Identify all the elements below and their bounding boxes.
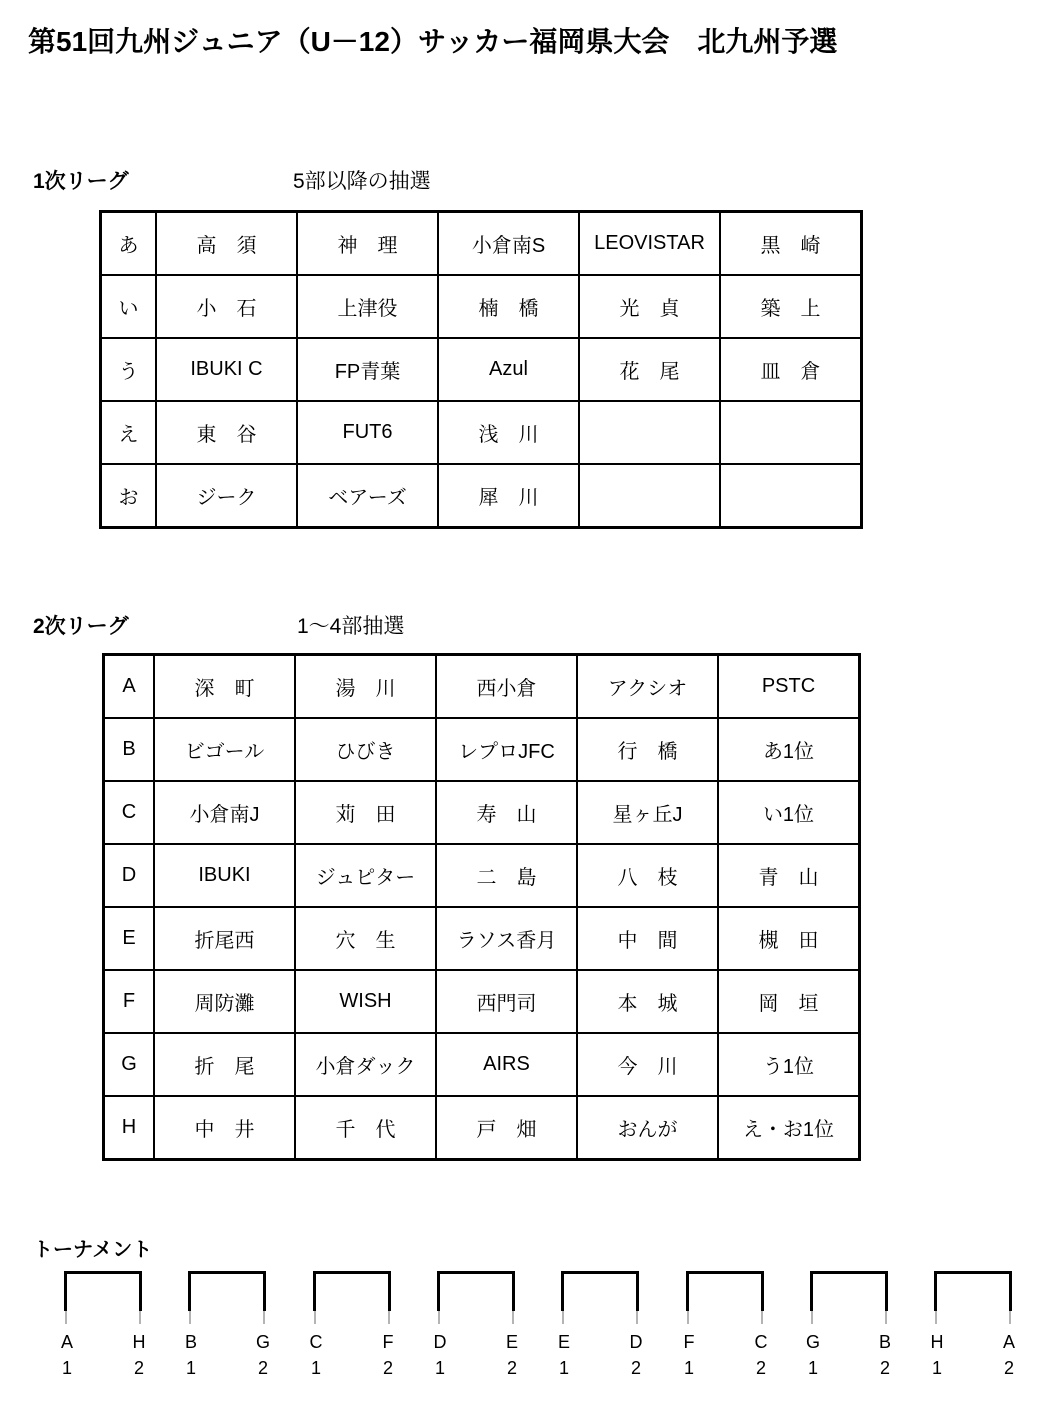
- bracket-right-tail: [263, 1311, 265, 1324]
- bracket-pair: A1H2: [64, 1271, 142, 1311]
- bracket-right-tail: [139, 1311, 141, 1324]
- bracket-left-tail: [562, 1311, 564, 1324]
- bracket-left-group: H: [924, 1332, 950, 1352]
- bracket-left-rank: 1: [427, 1358, 453, 1378]
- bracket-left-tail: [438, 1311, 440, 1324]
- bracket-left-tail: [189, 1311, 191, 1324]
- bracket-left-tail: [65, 1311, 67, 1324]
- bracket-right-tail: [512, 1311, 514, 1324]
- bracket-pair: F1C2: [686, 1271, 764, 1311]
- bracket-right-rank: 2: [748, 1358, 774, 1378]
- bracket-right-group: E: [499, 1332, 525, 1352]
- bracket-right-group: A: [996, 1332, 1022, 1352]
- bracket-left-group: G: [800, 1332, 826, 1352]
- bracket-right-rank: 2: [872, 1358, 898, 1378]
- bracket-right-group: C: [748, 1332, 774, 1352]
- bracket-left-tail: [811, 1311, 813, 1324]
- bracket-right-group: H: [126, 1332, 152, 1352]
- bracket-right-tail: [885, 1311, 887, 1324]
- bracket-right-group: G: [250, 1332, 276, 1352]
- bracket-left-rank: 1: [54, 1358, 80, 1378]
- bracket-left-rank: 1: [676, 1358, 702, 1378]
- bracket-right-rank: 2: [499, 1358, 525, 1378]
- bracket-left-group: C: [303, 1332, 329, 1352]
- bracket-right-tail: [388, 1311, 390, 1324]
- bracket-pair: B1G2: [188, 1271, 266, 1311]
- bracket-left-group: D: [427, 1332, 453, 1352]
- bracket-left-rank: 1: [800, 1358, 826, 1378]
- bracket-right-rank: 2: [375, 1358, 401, 1378]
- bracket-pair: H1A2: [934, 1271, 1012, 1311]
- bracket-right-group: D: [623, 1332, 649, 1352]
- bracket-left-tail: [314, 1311, 316, 1324]
- bracket-left-rank: 1: [178, 1358, 204, 1378]
- bracket-left-group: B: [178, 1332, 204, 1352]
- bracket-left-tail: [935, 1311, 937, 1324]
- page: { "page": { "title": "第51回九州ジュニア（U－12）サッ…: [0, 0, 1040, 1404]
- bracket-pair: G1B2: [810, 1271, 888, 1311]
- bracket-left-rank: 1: [303, 1358, 329, 1378]
- tournament-brackets: A1H2B1G2C1F2D1E2E1D2F1C2G1B2H1A2: [0, 0, 1040, 1404]
- bracket-right-rank: 2: [623, 1358, 649, 1378]
- bracket-left-group: F: [676, 1332, 702, 1352]
- bracket-right-tail: [1009, 1311, 1011, 1324]
- bracket-right-rank: 2: [996, 1358, 1022, 1378]
- bracket-right-tail: [636, 1311, 638, 1324]
- bracket-right-rank: 2: [250, 1358, 276, 1378]
- bracket-right-tail: [761, 1311, 763, 1324]
- bracket-pair: E1D2: [561, 1271, 639, 1311]
- bracket-left-tail: [687, 1311, 689, 1324]
- bracket-right-group: B: [872, 1332, 898, 1352]
- bracket-left-rank: 1: [924, 1358, 950, 1378]
- bracket-pair: D1E2: [437, 1271, 515, 1311]
- bracket-pair: C1F2: [313, 1271, 391, 1311]
- bracket-right-group: F: [375, 1332, 401, 1352]
- bracket-left-rank: 1: [551, 1358, 577, 1378]
- bracket-right-rank: 2: [126, 1358, 152, 1378]
- bracket-left-group: A: [54, 1332, 80, 1352]
- bracket-left-group: E: [551, 1332, 577, 1352]
